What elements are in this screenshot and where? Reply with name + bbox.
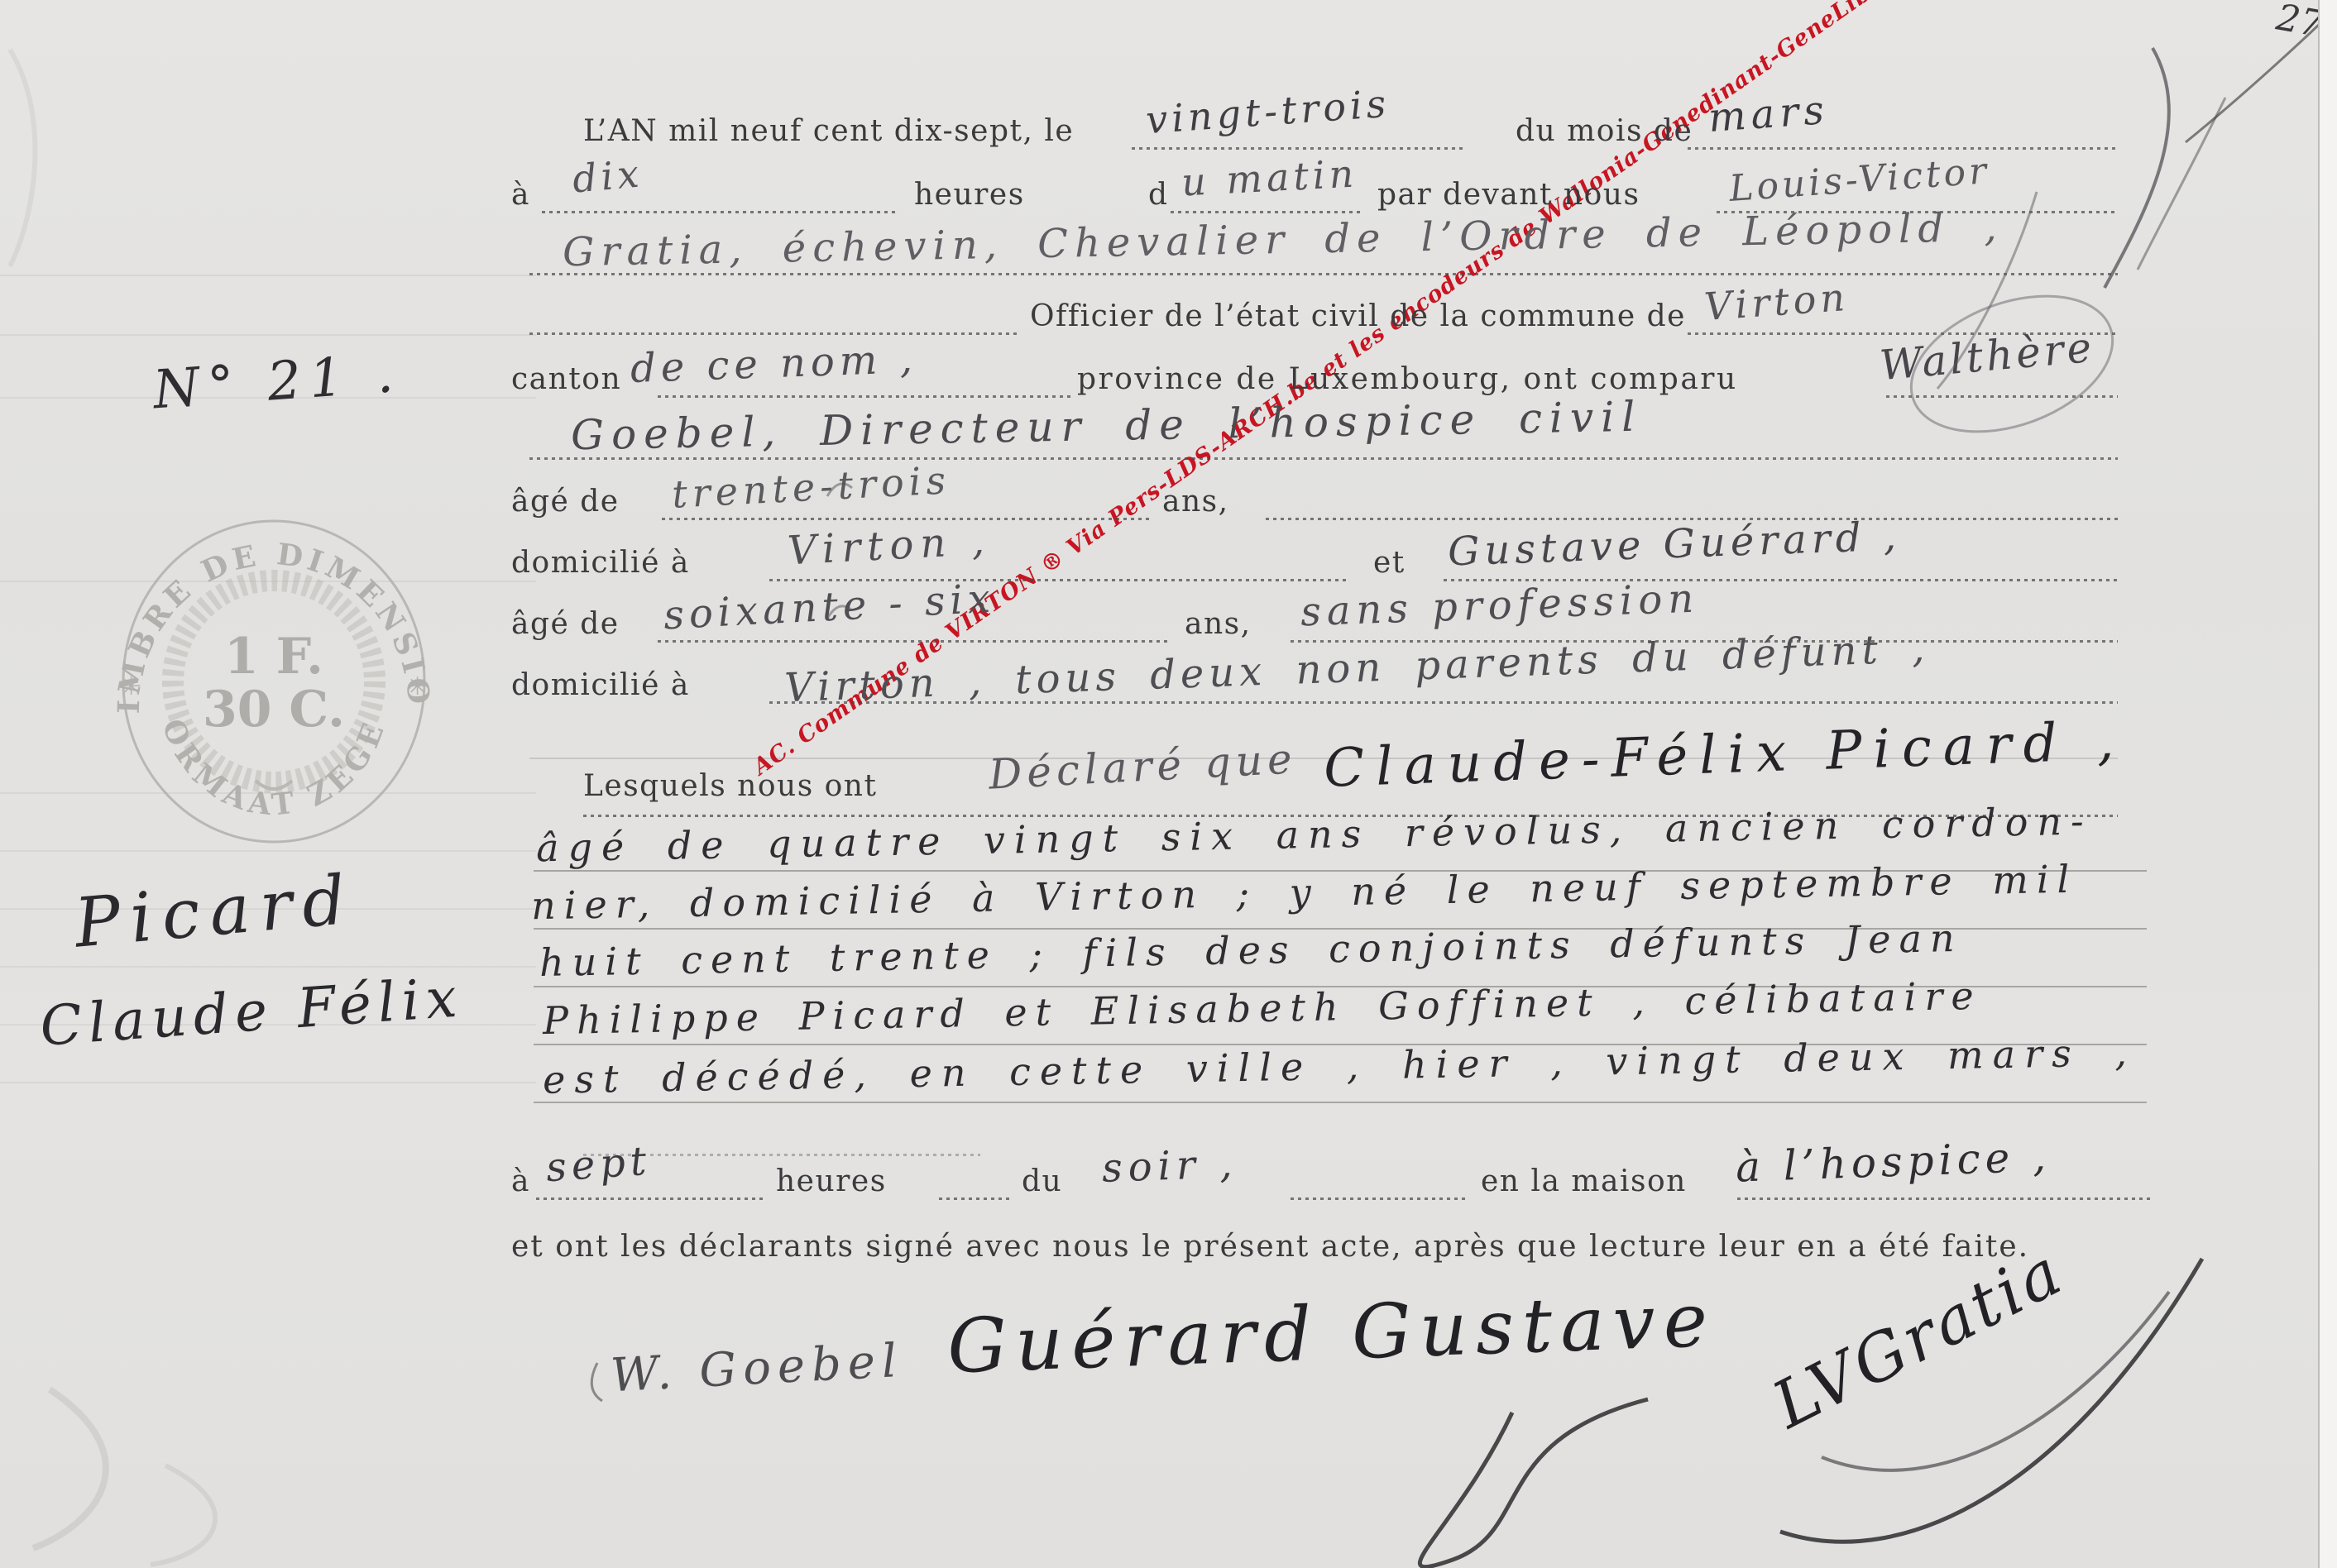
pen-flourishes bbox=[0, 0, 2337, 1568]
death-record-scan: N° 21 . TIMBRE DE DIMENSION FORMAAT ZEGE… bbox=[0, 0, 2337, 1568]
page-edge bbox=[2318, 0, 2337, 1568]
